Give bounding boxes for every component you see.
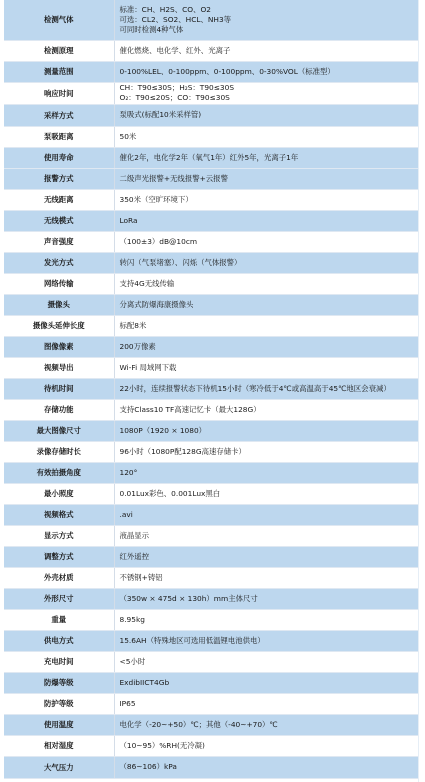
spec-row: 响应时间CH：T90≤30S；H₂S：T90≤30SO₂：T90≤20S；CO：… [4,82,418,104]
spec-value-line: 可同时检测4种气体 [120,25,419,35]
spec-value-line: 标准：CH、H2S、CO、O2 [120,5,419,15]
spec-value: <5小时 [114,651,418,672]
spec-row: 相对湿度（10~95）%RH(无冷凝) [4,735,418,756]
spec-label: 最小照度 [4,483,114,504]
spec-value-line: 200万像素 [120,342,419,352]
spec-row: 测量范围0-100%LEL、0-100ppm、0-100ppm、0-30%VOL… [4,61,418,82]
spec-value: 电化学（-20~+50）℃；其他（-40~+70）℃ [114,714,418,735]
spec-row: 录像存储时长96小时（1080P配128G高速存储卡） [4,441,418,462]
spec-row: 摄像头分离式防爆海康摄像头 [4,294,418,315]
spec-value-line: 0.01Lux彩色、0.001Lux黑白 [120,489,419,499]
spec-value: 催化2年，电化学2年（氧气1年）红外5年，光离子1年 [114,147,418,168]
spec-table-body: 检测气体标准：CH、H2S、CO、O2可选：CL2、SO2、HCL、NH3等可同… [4,0,418,778]
spec-label: 检测原理 [4,40,114,61]
spec-value: CH：T90≤30S；H₂S：T90≤30SO₂：T90≤20S；CO：T90≤… [114,82,418,104]
spec-row: 外形尺寸（350w × 475d × 130h）mm主体尺寸 [4,588,418,609]
spec-value: （350w × 475d × 130h）mm主体尺寸 [114,588,418,609]
spec-label: 图像像素 [4,336,114,357]
table-right-edge [418,0,419,782]
spec-label: 充电时间 [4,651,114,672]
spec-label: 响应时间 [4,82,114,104]
spec-label: 相对湿度 [4,735,114,756]
spec-label: 泵吸距离 [4,126,114,147]
spec-label: 待机时间 [4,378,114,399]
spec-value-line: 15.6AH（特殊地区可选用低温锂电池供电） [120,636,419,646]
spec-label: 无线模式 [4,210,114,231]
spec-label: 大气压力 [4,756,114,778]
spec-label: 外形尺寸 [4,588,114,609]
spec-value-line: 8.95kg [120,615,419,625]
spec-row: 有效拍摄角度120° [4,462,418,483]
spec-label: 无线距离 [4,189,114,210]
spec-value-line: （350w × 475d × 130h）mm主体尺寸 [120,594,419,604]
spec-row: 无线模式LoRa [4,210,418,231]
spec-value: 泵吸式(标配10米采样管) [114,104,418,126]
spec-value-line: 二级声光报警+无线报警+云报警 [120,174,419,184]
spec-value: 支持4G无线传输 [114,273,418,294]
spec-row: 重量8.95kg [4,609,418,630]
spec-value: 标配8米 [114,315,418,336]
spec-value-line: 支持Class10 TF高速记忆卡（最大128G） [120,405,419,415]
spec-value-line: Wi-Fi 局域网下载 [120,363,419,373]
spec-value-line: 22小时，连续报警状态下待机15小时（寒冷低于4℃或高温高于45℃地区会衰减） [120,384,419,394]
spec-row: 无线距离350米（空旷环境下） [4,189,418,210]
spec-label: 网络传输 [4,273,114,294]
spec-row: 检测原理催化燃烧、电化学、红外、光离子 [4,40,418,61]
spec-value: 96小时（1080P配128G高速存储卡） [114,441,418,462]
spec-value: 50米 [114,126,418,147]
spec-label: 视频导出 [4,357,114,378]
spec-value-line: ExdibIICT4Gb [120,678,419,688]
spec-value: 8.95kg [114,609,418,630]
spec-row: 视频格式.avi [4,504,418,525]
spec-value: （100±3）dB@10cm [114,231,418,252]
spec-value-line: 0-100%LEL、0-100ppm、0-100ppm、0-30%VOL（标准型… [120,67,419,77]
spec-label: 外壳材质 [4,567,114,588]
spec-value: 液晶显示 [114,525,418,546]
spec-value: 分离式防爆海康摄像头 [114,294,418,315]
spec-label: 使用温度 [4,714,114,735]
spec-value: （86~106）kPa [114,756,418,778]
spec-label: 防护等级 [4,693,114,714]
spec-row: 最小照度0.01Lux彩色、0.001Lux黑白 [4,483,418,504]
spec-row: 采样方式泵吸式(标配10米采样管) [4,104,418,126]
spec-value-line: IP65 [120,699,419,709]
spec-row: 视频导出Wi-Fi 局域网下载 [4,357,418,378]
spec-value: Wi-Fi 局域网下载 [114,357,418,378]
spec-value: 1080P（1920 × 1080） [114,420,418,441]
spec-row: 待机时间22小时，连续报警状态下待机15小时（寒冷低于4℃或高温高于45℃地区会… [4,378,418,399]
spec-label: 采样方式 [4,104,114,126]
spec-label: 视频格式 [4,504,114,525]
spec-row: 检测气体标准：CH、H2S、CO、O2可选：CL2、SO2、HCL、NH3等可同… [4,0,418,40]
spec-value: 15.6AH（特殊地区可选用低温锂电池供电） [114,630,418,651]
spec-row: 声音强度（100±3）dB@10cm [4,231,418,252]
spec-label: 声音强度 [4,231,114,252]
spec-table: 检测气体标准：CH、H2S、CO、O2可选：CL2、SO2、HCL、NH3等可同… [4,0,418,779]
spec-label: 发光方式 [4,252,114,273]
spec-row: 调整方式红外遥控 [4,546,418,567]
spec-value-line: 转闪（气泵堵塞）、闪烁（气体报警） [120,258,419,268]
spec-label: 调整方式 [4,546,114,567]
spec-row: 防爆等级ExdibIICT4Gb [4,672,418,693]
spec-value-line: 不锈钢+铸铝 [120,573,419,583]
spec-row: 使用寿命催化2年，电化学2年（氧气1年）红外5年，光离子1年 [4,147,418,168]
spec-value-line: 标配8米 [120,321,419,331]
spec-label: 有效拍摄角度 [4,462,114,483]
spec-value-line: <5小时 [120,657,419,667]
spec-value: 0-100%LEL、0-100ppm、0-100ppm、0-30%VOL（标准型… [114,61,418,82]
spec-value-line: O₂：T90≤20S；CO：T90≤30S [120,93,419,103]
spec-value-line: （100±3）dB@10cm [120,237,419,247]
spec-row: 使用温度电化学（-20~+50）℃；其他（-40~+70）℃ [4,714,418,735]
spec-label: 摄像头 [4,294,114,315]
spec-label: 最大图像尺寸 [4,420,114,441]
spec-label: 防爆等级 [4,672,114,693]
spec-row: 泵吸距离50米 [4,126,418,147]
spec-label: 摄像头延伸长度 [4,315,114,336]
spec-value: 120° [114,462,418,483]
spec-row: 存储功能支持Class10 TF高速记忆卡（最大128G） [4,399,418,420]
spec-label: 检测气体 [4,0,114,40]
spec-label: 供电方式 [4,630,114,651]
spec-row: 防护等级IP65 [4,693,418,714]
spec-value-line: CH：T90≤30S；H₂S：T90≤30S [120,83,419,93]
spec-row: 摄像头延伸长度标配8米 [4,315,418,336]
spec-label: 存储功能 [4,399,114,420]
spec-value: 标准：CH、H2S、CO、O2可选：CL2、SO2、HCL、NH3等可同时检测4… [114,0,418,40]
spec-label: 录像存储时长 [4,441,114,462]
spec-value-line: 120° [120,468,419,478]
spec-value: 不锈钢+铸铝 [114,567,418,588]
spec-row: 外壳材质不锈钢+铸铝 [4,567,418,588]
spec-value-line: 催化燃烧、电化学、红外、光离子 [120,46,419,56]
spec-row: 网络传输支持4G无线传输 [4,273,418,294]
spec-row: 报警方式二级声光报警+无线报警+云报警 [4,168,418,189]
spec-value-line: 分离式防爆海康摄像头 [120,300,419,310]
spec-value-line: 1080P（1920 × 1080） [120,426,419,436]
spec-value-line: 350米（空旷环境下） [120,195,419,205]
spec-value: 200万像素 [114,336,418,357]
spec-label: 显示方式 [4,525,114,546]
spec-label: 重量 [4,609,114,630]
spec-value: 转闪（气泵堵塞）、闪烁（气体报警） [114,252,418,273]
spec-value-line: （10~95）%RH(无冷凝) [120,741,419,751]
spec-value-line: LoRa [120,216,419,226]
spec-value-line: .avi [120,510,419,520]
spec-row: 供电方式15.6AH（特殊地区可选用低温锂电池供电） [4,630,418,651]
spec-value-line: 泵吸式(标配10米采样管) [120,110,419,120]
spec-value: 22小时，连续报警状态下待机15小时（寒冷低于4℃或高温高于45℃地区会衰减） [114,378,418,399]
spec-value-line: （86~106）kPa [120,762,419,772]
spec-row: 显示方式液晶显示 [4,525,418,546]
spec-value-line: 液晶显示 [120,531,419,541]
spec-value: 0.01Lux彩色、0.001Lux黑白 [114,483,418,504]
spec-value-line: 可选：CL2、SO2、HCL、NH3等 [120,15,419,25]
spec-row: 最大图像尺寸1080P（1920 × 1080） [4,420,418,441]
spec-label: 报警方式 [4,168,114,189]
spec-label: 测量范围 [4,61,114,82]
spec-value: .avi [114,504,418,525]
spec-row: 大气压力（86~106）kPa [4,756,418,778]
spec-value: IP65 [114,693,418,714]
spec-value: LoRa [114,210,418,231]
spec-value-line: 支持4G无线传输 [120,279,419,289]
spec-value-line: 催化2年，电化学2年（氧气1年）红外5年，光离子1年 [120,153,419,163]
spec-label: 使用寿命 [4,147,114,168]
spec-value: 红外遥控 [114,546,418,567]
spec-value-line: 96小时（1080P配128G高速存储卡） [120,447,419,457]
spec-row: 充电时间<5小时 [4,651,418,672]
spec-value: （10~95）%RH(无冷凝) [114,735,418,756]
spec-value: 催化燃烧、电化学、红外、光离子 [114,40,418,61]
spec-value: ExdibIICT4Gb [114,672,418,693]
spec-value-line: 红外遥控 [120,552,419,562]
spec-row: 图像像素200万像素 [4,336,418,357]
spec-value-line: 电化学（-20~+50）℃；其他（-40~+70）℃ [120,720,419,730]
spec-value: 350米（空旷环境下） [114,189,418,210]
spec-value: 支持Class10 TF高速记忆卡（最大128G） [114,399,418,420]
spec-value: 二级声光报警+无线报警+云报警 [114,168,418,189]
spec-value-line: 50米 [120,132,419,142]
spec-row: 发光方式转闪（气泵堵塞）、闪烁（气体报警） [4,252,418,273]
